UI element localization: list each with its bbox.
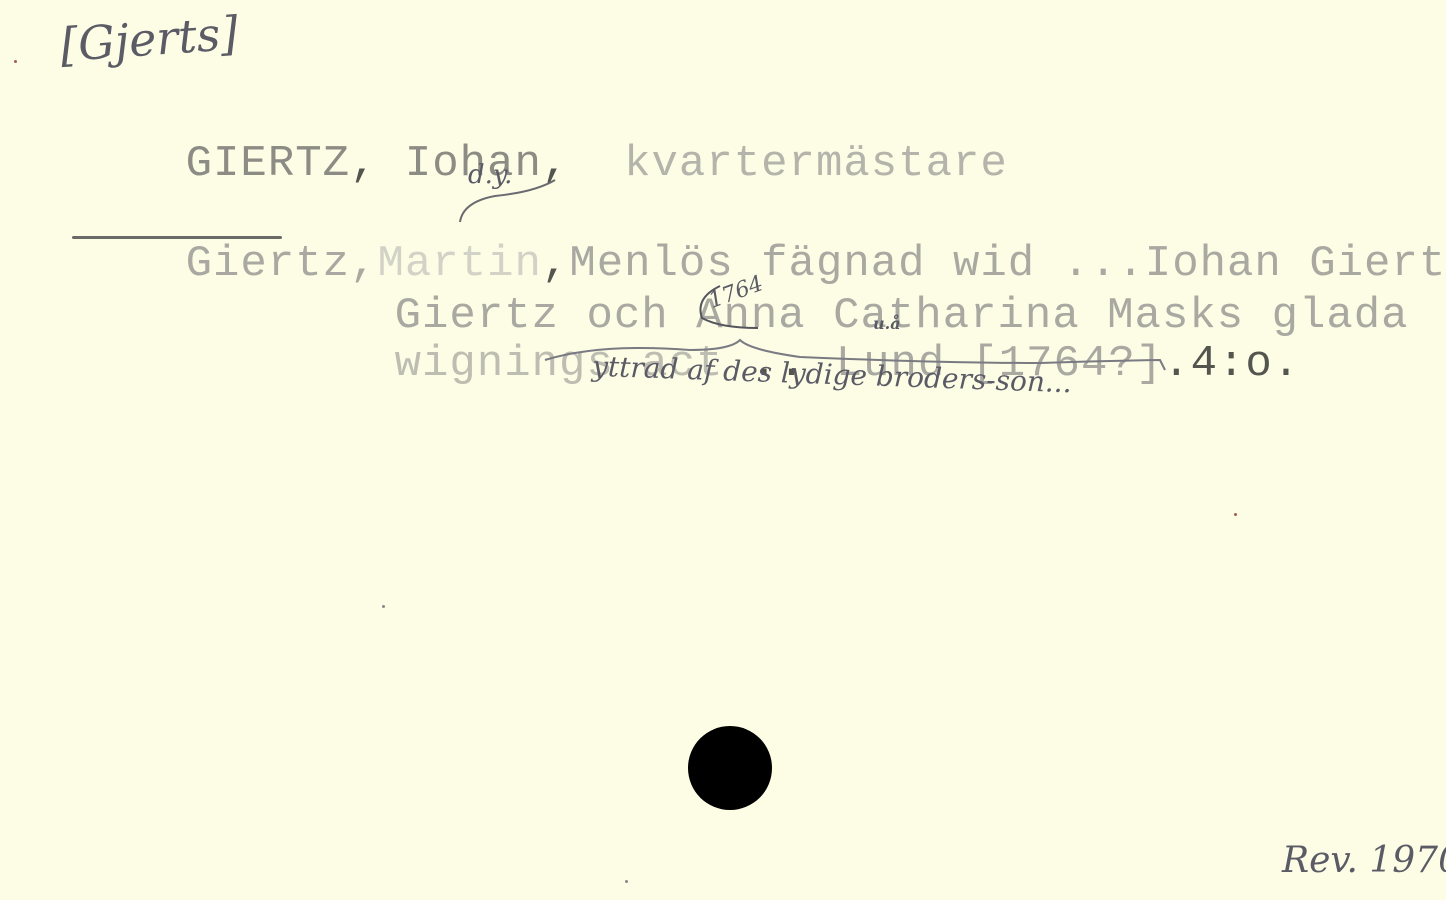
author-underline: [72, 236, 282, 239]
revision-note: Rev. 1970: [1282, 840, 1446, 881]
heading-surname: GIERTZ: [186, 139, 350, 189]
punch-hole: [688, 726, 772, 810]
paper-speck: [382, 605, 385, 608]
year-loop: [690, 278, 770, 338]
paper-speck: [1234, 513, 1237, 516]
paper-speck: [14, 60, 17, 63]
handwritten-heading: [Gjerts]: [58, 6, 240, 72]
heading-title: kvartermästare: [624, 139, 1008, 189]
format: .4:o.: [1163, 339, 1300, 389]
annotation-place: u.å: [873, 314, 901, 333]
paper-speck: [625, 880, 628, 883]
catalog-card: [Gjerts] GIERTZ, Iohan, kvartermästare d…: [0, 0, 1446, 900]
